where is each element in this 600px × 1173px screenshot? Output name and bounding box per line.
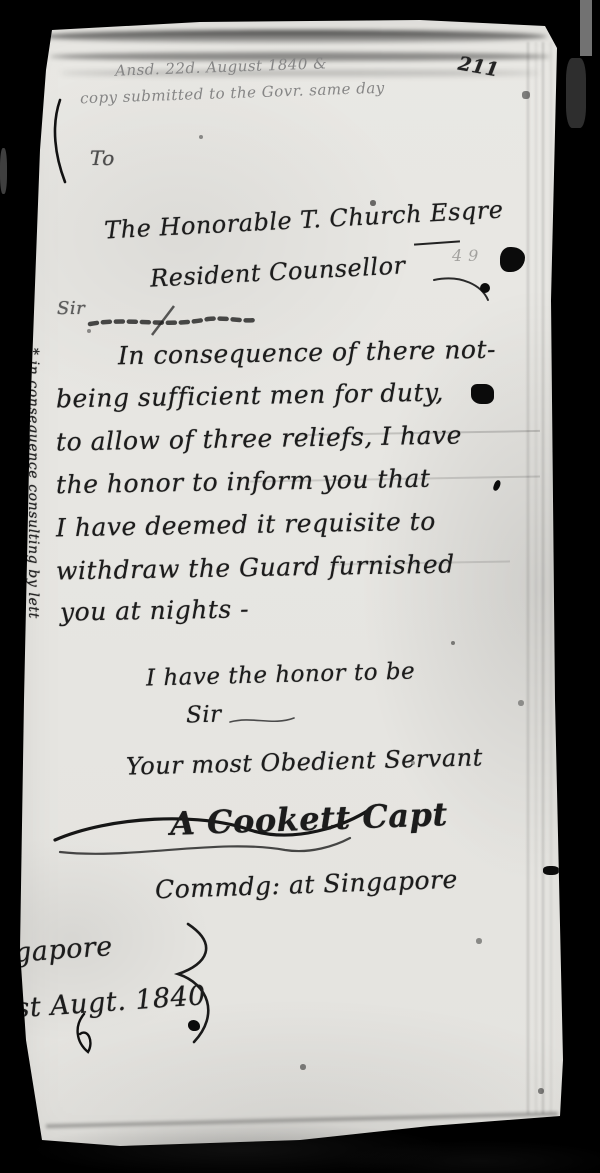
adjacent-page-edge — [580, 0, 592, 56]
struck-out-scribble — [88, 308, 263, 338]
ink-blot — [543, 866, 559, 875]
closing-line-1: I have the honor to be — [146, 658, 416, 691]
salutation: Sir — [57, 298, 85, 319]
closing-line-3: Your most Obedient Servant — [126, 743, 483, 780]
body-line: to allow of three reliefs, I have — [56, 420, 462, 456]
counsellor-tail-flourish — [432, 272, 492, 306]
body-line: you at nights - — [60, 594, 250, 626]
pen-loop-mark — [70, 1012, 100, 1056]
body-line: being sufficient men for duty, — [56, 378, 444, 414]
document-page: Ansd. 22d. August 1840 & copy submitted … — [0, 0, 600, 1173]
received-note-line1: Ansd. 22d. August 1840 & — [115, 54, 328, 79]
fold-crease-bottom — [46, 1112, 558, 1129]
addressee-title: Resident Counsellor — [149, 251, 406, 292]
fold-crease-right — [527, 42, 555, 1114]
fold-crease-top — [42, 30, 547, 43]
sir-dash-flourish — [228, 712, 298, 730]
folio-page-number: 211 — [456, 53, 500, 82]
ink-blot — [471, 384, 494, 404]
esqre-underline — [414, 240, 460, 245]
margin-note-rotated: * in consequence consulting by lett — [25, 348, 41, 818]
signature-title: Commdg: at Singapore — [155, 865, 459, 905]
closing-line-2: Sir — [186, 702, 222, 729]
addressee-name: The Honorable T. Church Esqre — [104, 196, 505, 245]
addressee-to-label: To — [90, 146, 115, 170]
dateline-place: Singapore — [0, 931, 114, 972]
scan-background: Ansd. 22d. August 1840 & copy submitted … — [0, 0, 600, 1173]
received-note-line2: copy submitted to the Govr. same day — [80, 79, 385, 108]
ink-blot — [500, 247, 525, 272]
pen-stroke-mark — [48, 96, 74, 188]
body-line: I have deemed it requisite to — [56, 507, 436, 543]
body-line: In consequence of there not- — [118, 335, 496, 371]
adjacent-page-shadow — [566, 58, 586, 128]
ink-blot — [492, 479, 501, 491]
faint-bleedthrough-digits: 49 — [452, 246, 484, 265]
body-line: the honor to inform you that — [56, 464, 431, 500]
body-line: withdraw the Guard furnished — [56, 550, 455, 586]
binding-mark — [0, 148, 7, 194]
ink-specks — [0, 0, 2, 2]
